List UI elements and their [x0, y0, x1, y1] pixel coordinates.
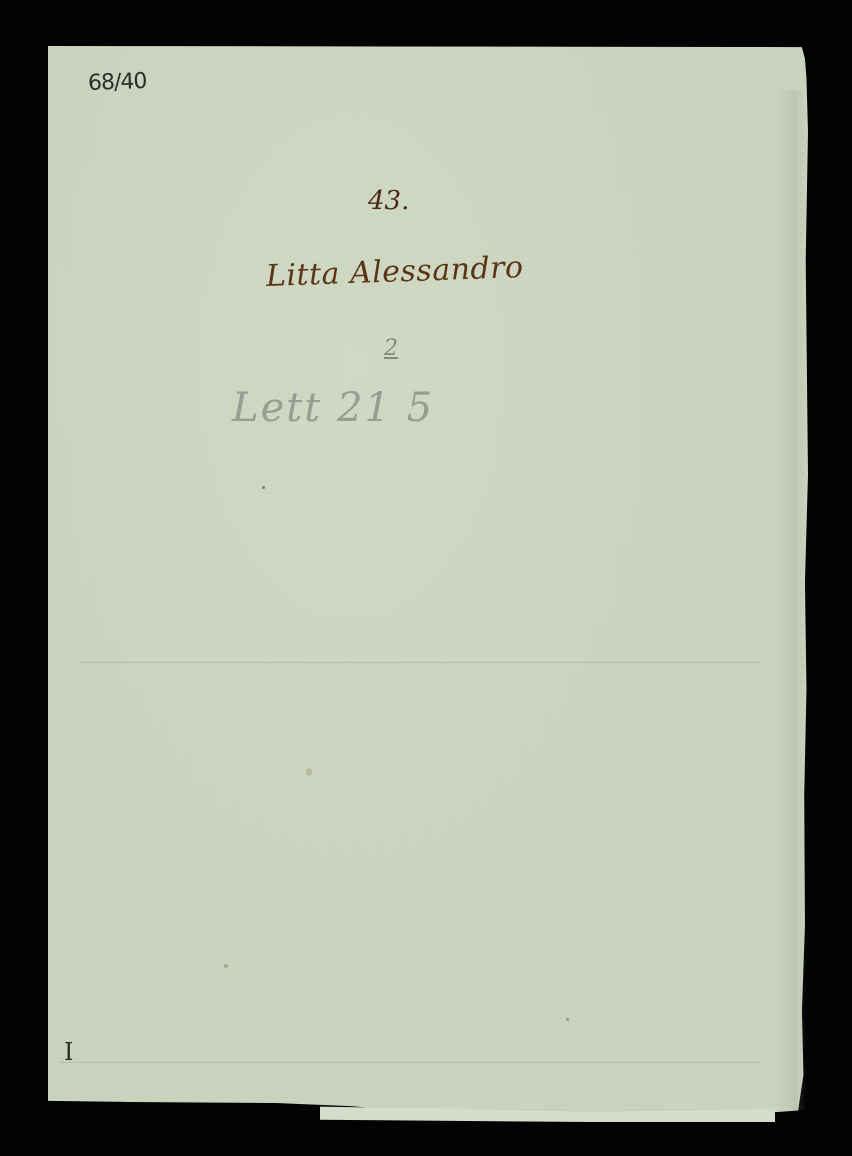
folio-mark: I: [64, 1040, 73, 1064]
foxing-spot: [306, 768, 312, 776]
paper-crease: [60, 1062, 760, 1063]
paper-sheet: [48, 46, 808, 1118]
paper-crease: [80, 662, 760, 663]
catalog-number: 68/40: [88, 71, 147, 95]
pencil-number: 2: [384, 338, 398, 360]
ink-speck: [262, 486, 265, 489]
item-number: 43.: [368, 188, 409, 214]
document-scan: 68/40 43. Litta Alessandro 2 Lett 21 5 I: [0, 0, 852, 1156]
foxing-spot: [224, 964, 228, 968]
name-heading: Litta Alessandro: [265, 253, 524, 292]
pencil-annotation: Lett 21 5: [232, 388, 434, 428]
ink-speck: [566, 1018, 569, 1021]
